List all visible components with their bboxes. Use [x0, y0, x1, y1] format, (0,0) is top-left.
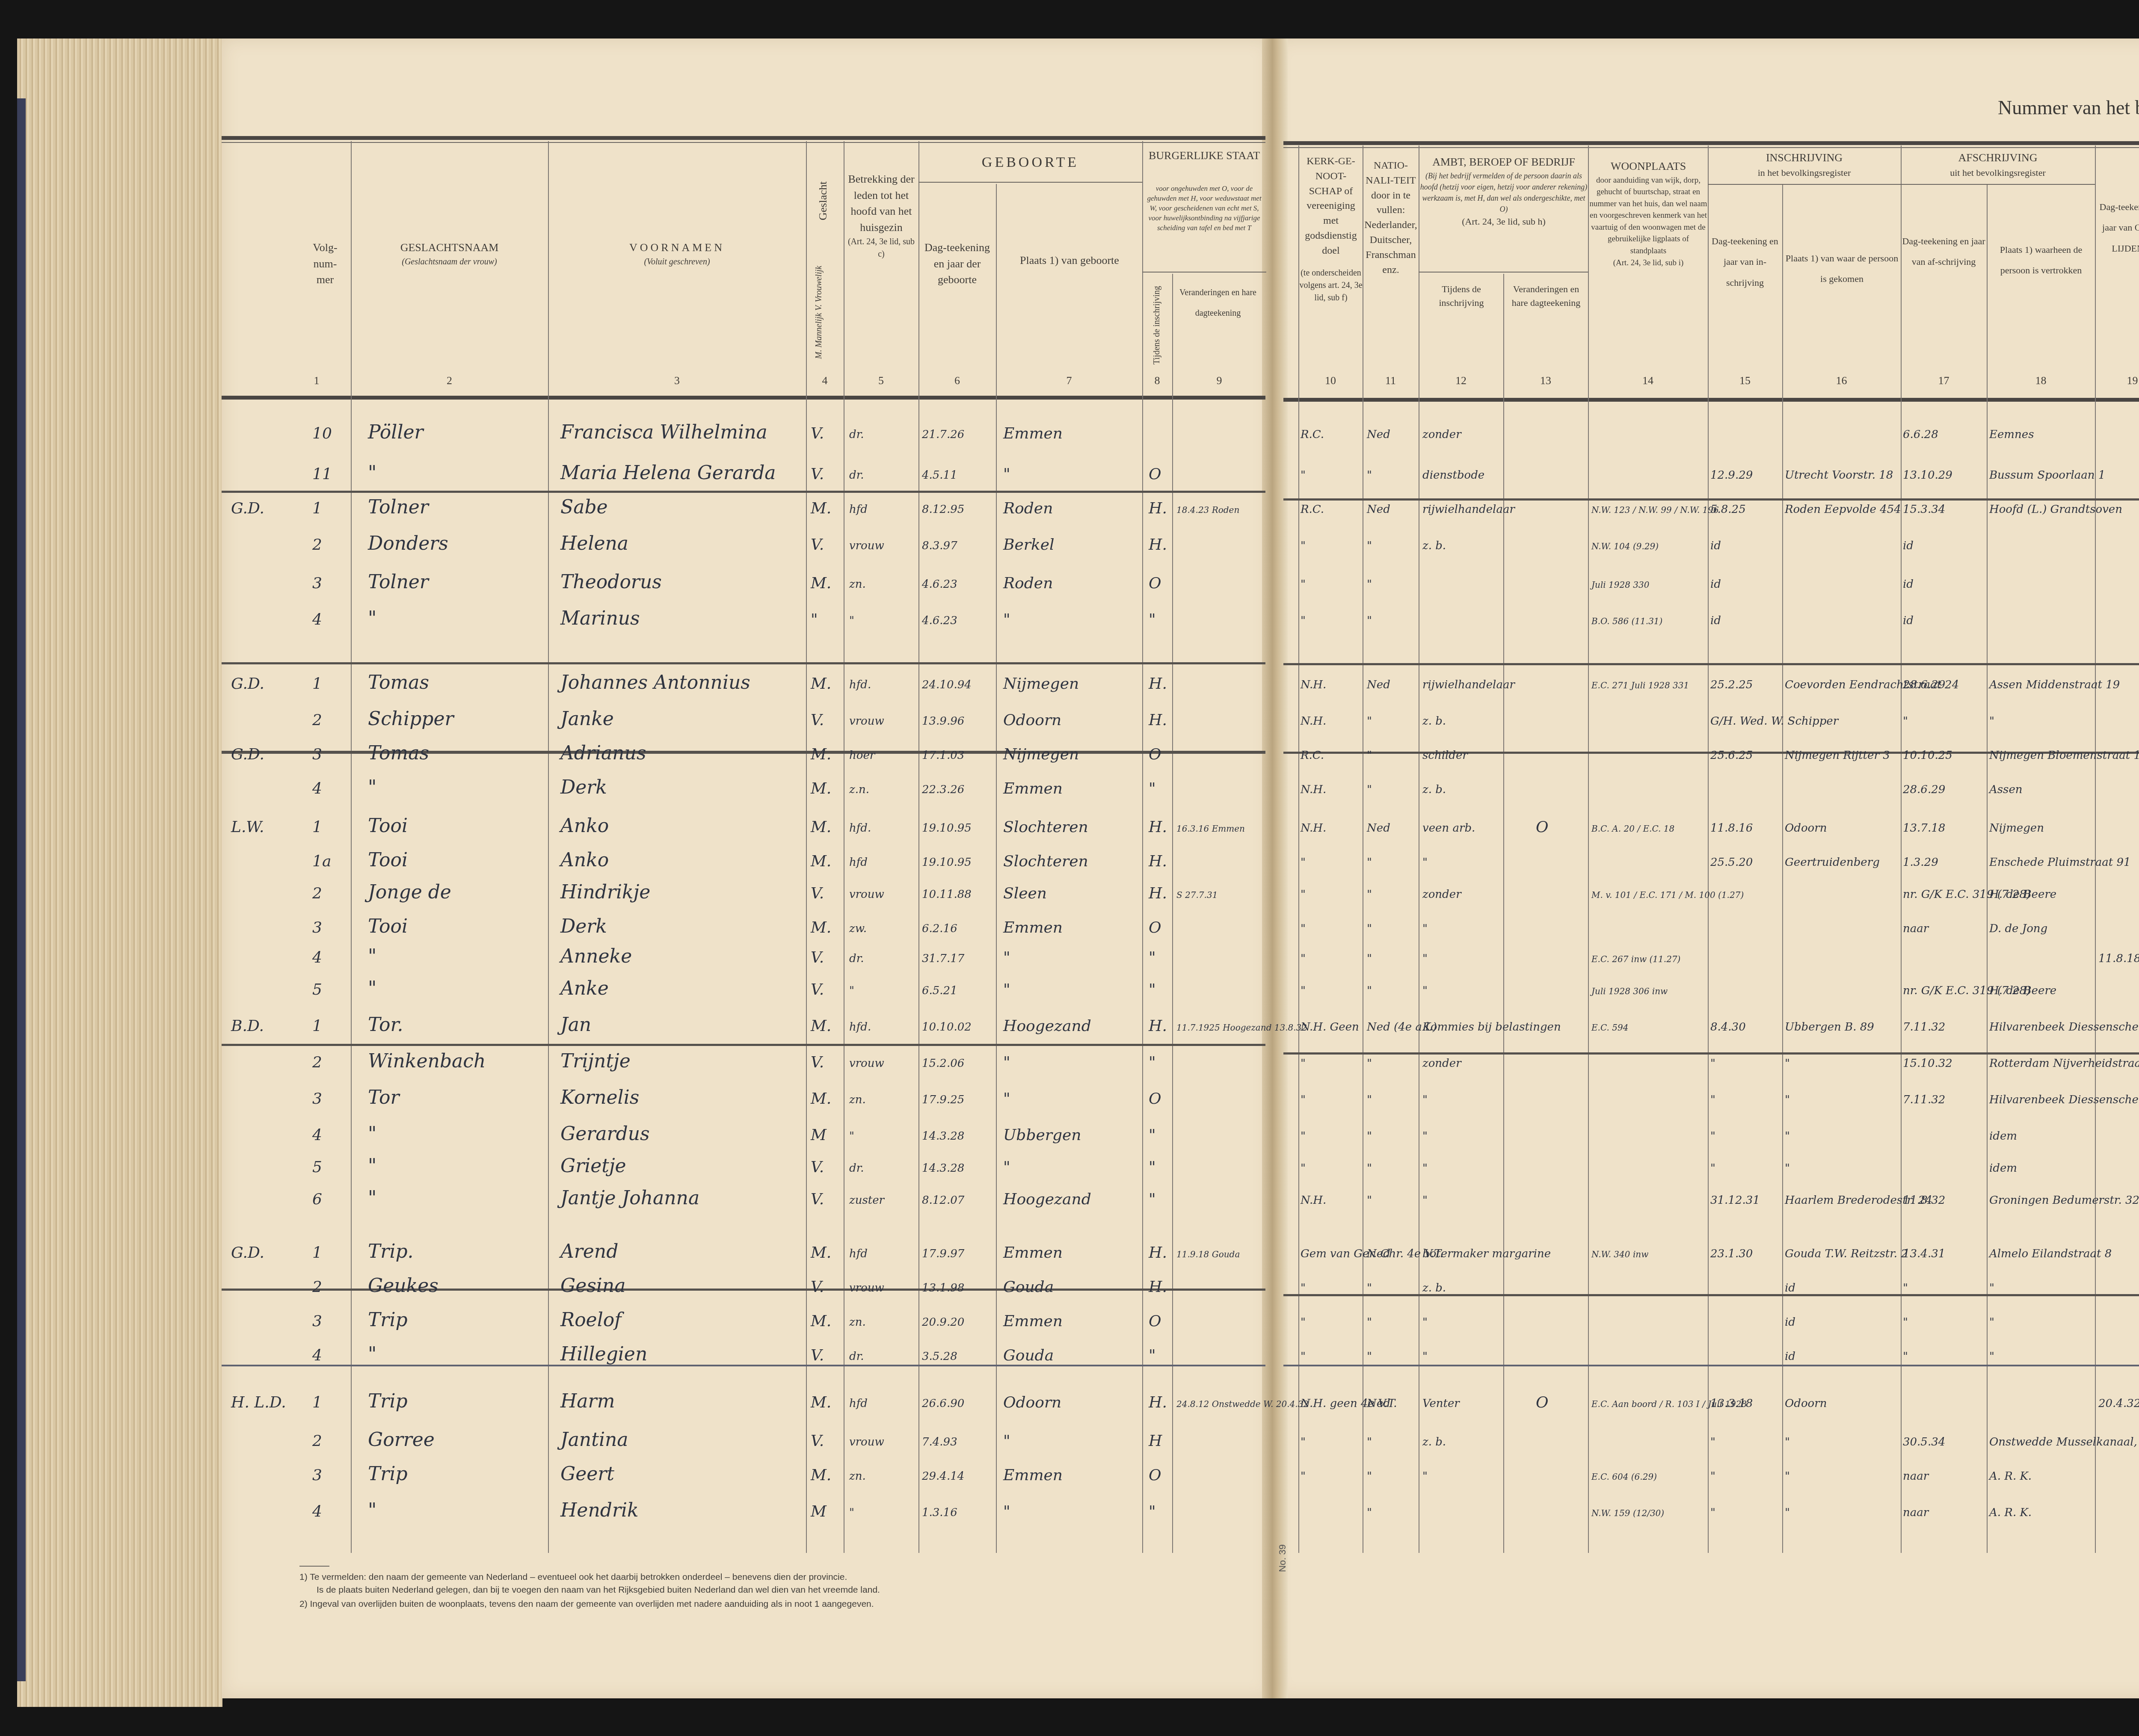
cell-betrekking: vrouw [849, 539, 884, 552]
cell-afsch-datum: 13.4.31 [1903, 1247, 1945, 1260]
cell-insch-plaats: Odoorn [1785, 822, 1827, 835]
cell-geb-plaats: " [1003, 1432, 1010, 1450]
cell-burg: " [1149, 1503, 1156, 1520]
cell-geslacht: M. [811, 500, 831, 517]
cell-burg-ver: 24.8.12 Onstwedde W. 20.4.32 [1176, 1399, 1309, 1409]
cell-burg-ver: 11.9.18 Gouda [1176, 1249, 1240, 1259]
cell-beroep: zonder [1422, 428, 1461, 441]
cell-woonplaats: N.W. 104 (9.29) [1591, 541, 1659, 551]
cell-mark: G.D. [231, 500, 264, 517]
cell-insch-datum: " [1710, 1506, 1715, 1519]
cell-afsch-datum: naar [1903, 1470, 1929, 1483]
cell-afsch-datum: " [1903, 1282, 1908, 1295]
cell-geb-datum: 19.10.95 [922, 822, 972, 835]
cell-geslacht: M. [811, 746, 831, 763]
col-number: 17 [1901, 374, 1987, 387]
col-divider [806, 141, 807, 1553]
cell-achternaam: " [368, 1155, 376, 1177]
col-divider [1708, 145, 1709, 1553]
cell-geb-plaats: Ubbergen [1003, 1126, 1081, 1144]
cell-nat: " [1367, 1436, 1372, 1449]
cell-achternaam: Jonge de [368, 881, 451, 903]
cell-betrekking: vrouw [849, 715, 884, 728]
cell-achternaam: " [368, 1187, 376, 1209]
cell-voornamen: Harm [560, 1390, 615, 1412]
cell-voornamen: Trijntje [560, 1050, 631, 1072]
cell-afsch-plaats: Hilvarenbeek Diessenscheweg A36 [1989, 1093, 2139, 1106]
cell-kerk: " [1301, 1436, 1306, 1449]
cell-voornamen: Derk [560, 776, 607, 798]
cell-betrekking: " [849, 614, 854, 627]
cell-burg: O [1149, 919, 1161, 936]
cell-voornamen: Anko [560, 815, 609, 837]
cell-afsch-datum: naar [1903, 922, 1929, 935]
cell-afsch-plaats: Assen Middenstraat 19 [1989, 678, 2120, 691]
cell-nr: 1 [312, 675, 347, 693]
cell-kerk: " [1301, 469, 1306, 482]
cell-betrekking: hfd [849, 503, 868, 516]
cell-voornamen: Jantje Johanna [560, 1187, 699, 1209]
cell-insch-datum: id [1710, 614, 1721, 627]
cell-afsch-plaats: Rotterdam Nijverheidstraat 90a 1e verd. [1989, 1057, 2139, 1070]
cell-nr: 3 [312, 746, 347, 763]
cell-insch-datum: 31.12.31 [1710, 1194, 1760, 1207]
cell-afsch-plaats: Hilvarenbeek Diessenscheweg A36 [1989, 1021, 2139, 1034]
cell-achternaam: Tooi [368, 849, 408, 871]
cell-geb-datum: 20.9.20 [922, 1316, 964, 1329]
cell-afsch-plaats: A. R. K. [1989, 1506, 2032, 1519]
header-top-rule-right-thin [1283, 147, 2139, 148]
cell-betrekking: hfd. [849, 822, 871, 835]
header-bottom-rule-right [1283, 398, 2139, 402]
cell-betrekking: zw. [849, 922, 867, 935]
cell-geslacht: M [811, 1503, 827, 1520]
cell-insch-plaats: Gouda T.W. Reitzstr. 2 [1785, 1247, 1908, 1260]
cell-betrekking: zn. [849, 578, 866, 591]
col-number: 7 [996, 374, 1142, 387]
cell-nr: 3 [312, 1090, 347, 1108]
cell-afsch-datum: " [1903, 715, 1908, 728]
cell-kerk: R.C. [1301, 749, 1324, 762]
cell-geb-plaats: Gouda [1003, 1347, 1054, 1364]
cell-geb-plaats: " [1003, 465, 1010, 483]
cell-geslacht: " [811, 611, 818, 628]
cell-burg: " [1149, 1158, 1156, 1176]
cell-afsch-datum: 7.11.32 [1903, 1021, 1945, 1034]
cell-mark: B.D. [231, 1017, 264, 1035]
cell-geb-plaats: Slochteren [1003, 853, 1088, 870]
cell-burg: H. [1149, 675, 1167, 693]
cell-nr: 3 [312, 575, 347, 592]
cell-geb-datum: 8.12.07 [922, 1194, 964, 1207]
cell-woonplaats: M. v. 101 / E.C. 171 / M. 100 (1.27) [1591, 890, 1744, 900]
cell-insch-datum: " [1710, 1162, 1715, 1175]
col-divider [1503, 274, 1504, 1553]
cell-betrekking: " [849, 984, 854, 997]
col-divider [1298, 145, 1299, 1553]
cell-geslacht: V. [811, 1347, 824, 1364]
page-stamp: No. 39 [1277, 1544, 1288, 1572]
cell-achternaam: Pöller [368, 421, 424, 443]
cell-woonplaats: Juli 1928 330 [1591, 580, 1649, 590]
household-separator [1283, 663, 2139, 665]
cell-kerk: " [1301, 1316, 1306, 1329]
header-geslachtsnaam: GESLACHTSNAAM (Geslachtsnaam der vrouw) [351, 240, 548, 268]
cell-geb-datum: 24.10.94 [922, 678, 972, 691]
cell-geb-datum: 10.10.02 [922, 1021, 972, 1034]
cell-voornamen: Anneke [560, 945, 632, 967]
cell-kerk: " [1301, 614, 1306, 627]
book-cover-edge [17, 98, 26, 1681]
col-number: 2 [351, 374, 548, 387]
cell-nat: " [1367, 614, 1372, 627]
cell-achternaam: Tomas [368, 672, 429, 693]
cell-geslacht: V. [811, 1158, 824, 1176]
cell-insch-datum: " [1710, 1470, 1715, 1483]
col-divider [1363, 145, 1363, 1553]
cell-kerk: N.H. [1301, 783, 1326, 796]
cell-mark: G.D. [231, 675, 264, 693]
cell-nr: 10 [312, 425, 347, 442]
cell-nr: 4 [312, 1126, 347, 1144]
cell-achternaam: Tor. [368, 1014, 403, 1036]
col-divider [918, 141, 919, 1553]
col-number: 10 [1298, 374, 1363, 387]
cell-achternaam: Tooi [368, 815, 408, 837]
cell-geb-datum: 17.1.03 [922, 749, 964, 762]
cell-achternaam: Trip [368, 1390, 408, 1412]
cell-insch-plaats: " [1785, 1093, 1790, 1106]
cell-burg: O [1149, 1312, 1161, 1330]
cell-voornamen: Anke [560, 978, 609, 999]
cell-nr: 2 [312, 885, 347, 902]
header-woonplaats: WOONPLAATS door aanduiding van wijk, dor… [1589, 158, 1708, 269]
cell-beroep: " [1422, 1093, 1428, 1106]
cell-insch-datum: " [1710, 1130, 1715, 1143]
cell-achternaam: Geukes [368, 1275, 438, 1297]
cell-voornamen: Francisca Wilhelmina [560, 421, 767, 443]
header-burgerlijke-staat: BURGERLIJKE STAAT [1142, 148, 1266, 164]
cell-geb-plaats: Roden [1003, 575, 1053, 592]
cell-geb-datum: 4.6.23 [922, 614, 957, 627]
header-geslacht: Geslacht [815, 163, 831, 240]
cell-afsch-plaats: H. de Beere [1989, 984, 2056, 997]
cell-kerk: R.C. [1301, 428, 1324, 441]
cell-achternaam: " [368, 776, 376, 798]
cell-betrekking: hoer [849, 749, 875, 762]
cell-achternaam: " [368, 1123, 376, 1145]
cell-voornamen: Marinus [560, 607, 640, 629]
cell-geslacht: V. [811, 425, 824, 442]
afsch-subrule [1901, 184, 2095, 185]
cell-voornamen: Hendrik [560, 1499, 639, 1521]
cell-nr: 4 [312, 1503, 347, 1520]
cell-geb-plaats: Hoogezand [1003, 1017, 1091, 1035]
header-betrekking: Betrekking der leden tot het hoofd van h… [845, 171, 918, 261]
cell-geb-plaats: Sleen [1003, 885, 1047, 902]
col-number: 3 [548, 374, 806, 387]
cell-geb-datum: 13.9.96 [922, 715, 964, 728]
cell-beroep-ver: O [1536, 818, 1549, 836]
cell-voornamen: Gerardus [560, 1123, 650, 1145]
cell-geb-plaats: Emmen [1003, 425, 1063, 442]
cell-nat: Ned [1367, 503, 1390, 516]
cell-nat: " [1367, 469, 1372, 482]
cell-nr: 3 [312, 1312, 347, 1330]
cell-afsch-datum: 30.5.34 [1903, 1436, 1945, 1449]
cell-nr: 3 [312, 1466, 347, 1484]
cell-nr: 6 [312, 1191, 347, 1208]
cell-voornamen: Maria Helena Gerarda [560, 462, 776, 484]
cell-geslacht: M. [811, 853, 831, 870]
cell-overl: 11.8.18 [2098, 952, 2139, 965]
cell-achternaam: Schipper [368, 708, 454, 730]
cell-beroep: z. b. [1422, 715, 1446, 728]
cell-beroep: z. b. [1422, 783, 1446, 796]
cell-achternaam: Gorree [368, 1429, 435, 1451]
cell-nat: " [1367, 1316, 1372, 1329]
cell-insch-plaats: id [1785, 1282, 1795, 1295]
cell-insch-plaats: id [1785, 1350, 1795, 1363]
header-inschrijving-datum: Dag-teekening en jaar van in-schrijving [1709, 231, 1781, 293]
book-page-stack-left [17, 39, 222, 1707]
cell-afsch-plaats: Hoofd (L.) Grandtsoven [1989, 503, 2122, 516]
cell-betrekking: hfd. [849, 1021, 871, 1034]
cell-voornamen: Grietje [560, 1155, 626, 1177]
cell-geslacht: M. [811, 1394, 831, 1411]
col-divider [2095, 145, 2096, 1553]
cell-voornamen: Helena [560, 533, 628, 554]
cell-insch-plaats: " [1785, 1436, 1790, 1449]
cell-nat: " [1367, 1057, 1372, 1070]
cell-geb-plaats: Emmen [1003, 1312, 1063, 1330]
cell-burg: H. [1149, 536, 1167, 554]
cell-afsch-datum: 1.3.29 [1903, 856, 1938, 869]
col-divider [1987, 184, 1988, 1553]
cell-insch-datum: 11.8.16 [1710, 822, 1753, 835]
cell-insch-plaats: " [1785, 1470, 1790, 1483]
cell-mark: G.D. [231, 1244, 264, 1262]
cell-insch-datum: 23.1.30 [1710, 1247, 1753, 1260]
cell-betrekking: dr. [849, 1162, 864, 1175]
cell-achternaam: " [368, 1499, 376, 1521]
cell-kerk: " [1301, 1282, 1306, 1295]
cell-afsch-plaats: H. de Beere [1989, 888, 2056, 901]
cell-geb-plaats: Hoogezand [1003, 1191, 1091, 1208]
cell-burg-ver: 16.3.16 Emmen [1176, 824, 1245, 834]
header-afschrijving: AFSCHRIJVING uit het bevolkingsregister [1901, 150, 2095, 180]
cell-geslacht: M. [811, 575, 831, 592]
cell-afsch-datum: 15.10.32 [1903, 1057, 1952, 1070]
cell-beroep: " [1422, 856, 1428, 869]
cell-achternaam: " [368, 462, 376, 484]
col-number: 15 [1708, 374, 1782, 387]
col-number: 16 [1782, 374, 1901, 387]
cell-geslacht: V. [811, 1191, 824, 1208]
cell-afsch-datum: " [1903, 1350, 1908, 1363]
cell-mark: G.D. [231, 746, 264, 763]
insch-subrule [1708, 184, 1901, 185]
cell-betrekking: vrouw [849, 888, 884, 901]
cell-voornamen: Hindrikje [560, 881, 650, 903]
cell-kerk: " [1301, 539, 1306, 552]
cell-geslacht: M. [811, 1017, 831, 1035]
cell-kerk: " [1301, 578, 1306, 591]
cell-nat: " [1367, 1093, 1372, 1106]
cell-geslacht: M. [811, 1090, 831, 1108]
header-burg-tijdens: Tijdens de inschrijving [1151, 282, 1163, 368]
cell-beroep: veen arb. [1422, 822, 1475, 835]
footnote-1b: Is de plaats buiten Nederland gelegen, d… [317, 1585, 880, 1595]
household-separator [1283, 1052, 2139, 1055]
header-volgnummer: Volg-num-mer [299, 240, 351, 288]
cell-geb-plaats: Odoorn [1003, 711, 1061, 729]
cell-nat: " [1367, 984, 1372, 997]
household-separator [1283, 1365, 2139, 1366]
cell-nr: 4 [312, 611, 347, 628]
cell-kerk: N.H. [1301, 678, 1326, 691]
cell-kerk: " [1301, 888, 1306, 901]
cell-insch-plaats: Nijmegen Rijtter 3 [1785, 749, 1890, 762]
cell-insch-plaats: " [1785, 1162, 1790, 1175]
header-nationaliteit: NATIO-NALI-TEIT door in te vullen: Neder… [1363, 158, 1418, 277]
cell-burg-ver: S 27.7.31 [1176, 890, 1218, 900]
cell-nr: 3 [312, 919, 347, 936]
header-burg-veranderingen: Veranderingen en hare dagteekening [1173, 282, 1263, 323]
cell-afsch-datum: 7.11.32 [1903, 1093, 1945, 1106]
col-number: 14 [1588, 374, 1708, 387]
cell-geb-datum: 7.4.93 [922, 1436, 957, 1449]
cell-geb-plaats: " [1003, 1158, 1010, 1176]
cell-geslacht: M. [811, 818, 831, 836]
cell-beroep: " [1422, 1350, 1428, 1363]
cell-betrekking: zn. [849, 1316, 866, 1329]
cell-achternaam: Tooi [368, 915, 408, 937]
cell-geb-plaats: Slochteren [1003, 818, 1088, 836]
ambt-subrule [1419, 272, 1588, 273]
cell-voornamen: Gesina [560, 1275, 625, 1297]
cell-nat: " [1367, 856, 1372, 869]
cell-afsch-datum: id [1903, 578, 1914, 591]
cell-achternaam: Tomas [368, 742, 429, 764]
cell-achternaam: Tolner [368, 571, 429, 593]
cell-beroep: botermaker margarine [1422, 1247, 1551, 1260]
col-number: 9 [1172, 374, 1266, 387]
cell-achternaam: Tor [368, 1087, 399, 1108]
cell-voornamen: Anko [560, 849, 609, 871]
cell-voornamen: Derk [560, 915, 607, 937]
cell-geb-plaats: " [1003, 1503, 1010, 1520]
cell-nr: 4 [312, 780, 347, 797]
cell-insch-plaats: Roden Eepvolde 454 [1785, 503, 1901, 516]
cell-nat: " [1367, 1506, 1372, 1519]
col-number: 13 [1503, 374, 1588, 387]
cell-geslacht: V. [811, 465, 824, 483]
cell-afsch-plaats: D. de Jong [1989, 922, 2047, 935]
cell-achternaam: Winkenbach [368, 1050, 486, 1072]
cell-betrekking: hfd [849, 1247, 868, 1260]
cell-kerk: " [1301, 1162, 1306, 1175]
cell-woonplaats: E.C. 604 (6.29) [1591, 1472, 1657, 1482]
cell-insch-plaats: Geertruidenberg [1785, 856, 1880, 869]
cell-geslacht: M [811, 1126, 827, 1144]
cell-geb-datum: 14.3.28 [922, 1162, 964, 1175]
cell-voornamen: Kornelis [560, 1087, 639, 1108]
col-divider [548, 141, 549, 1553]
cell-nat: " [1367, 783, 1372, 796]
household-separator [1283, 1294, 2139, 1296]
cell-voornamen: Roelof [560, 1309, 622, 1331]
header-geslacht-sub: M. Mannelijk V. Vrouwelijk [813, 261, 825, 364]
cell-beroep: " [1422, 922, 1428, 935]
cell-insch-datum: 25.2.25 [1710, 678, 1753, 691]
cell-geb-plaats: Berkel [1003, 536, 1055, 554]
cell-woonplaats: N.W. 123 / N.W. 99 / N.W. 196 [1591, 505, 1719, 515]
cell-kerk: " [1301, 856, 1306, 869]
cell-geb-datum: 19.10.95 [922, 856, 972, 869]
col-number: 5 [844, 374, 918, 387]
cell-betrekking: dr. [849, 428, 864, 441]
cell-geb-datum: 15.2.06 [922, 1057, 964, 1070]
cell-geslacht: V. [811, 885, 824, 902]
footnote-1a: 1) Te vermelden: den naam der gemeente v… [299, 1572, 847, 1582]
cell-afsch-datum: 15.3.34 [1903, 503, 1945, 516]
cell-burg: H. [1149, 1017, 1167, 1035]
col-divider [1142, 141, 1143, 1553]
cell-mark: H. L.D. [231, 1394, 286, 1411]
cell-insch-datum: G/H. Wed. W. Schipper [1710, 715, 1838, 728]
cell-afsch-datum: 13.7.18 [1903, 822, 1945, 835]
cell-burg: O [1149, 1090, 1161, 1108]
cell-nat: " [1367, 1470, 1372, 1483]
cell-burg: O [1149, 1466, 1161, 1484]
cell-beroep: " [1422, 1130, 1428, 1143]
cell-beroep: Kommies bij belastingen [1422, 1021, 1561, 1034]
cell-voornamen: Jan [560, 1014, 591, 1036]
col-divider [1588, 145, 1589, 1553]
cell-nr: 5 [312, 981, 347, 998]
cell-nr: 2 [312, 711, 347, 729]
cell-nat: " [1367, 952, 1372, 965]
cell-beroep: " [1422, 1194, 1428, 1207]
cell-beroep: " [1422, 1470, 1428, 1483]
cell-burg: H. [1149, 885, 1167, 902]
cell-insch-datum: id [1710, 539, 1721, 552]
household-separator [222, 1044, 1265, 1046]
cell-geb-plaats: Nijmegen [1003, 675, 1079, 693]
cell-geb-datum: 4.6.23 [922, 578, 957, 591]
cell-woonplaats: N.W. 159 (12/30) [1591, 1508, 1664, 1518]
cell-insch-plaats: " [1785, 1506, 1790, 1519]
cell-betrekking: hfd [849, 1397, 868, 1410]
cell-nr: 2 [312, 536, 347, 554]
cell-nat: " [1367, 1350, 1372, 1363]
cell-geb-plaats: Emmen [1003, 1466, 1063, 1484]
cell-insch-datum: 8.4.30 [1710, 1021, 1746, 1034]
cell-woonplaats: E.C. 271 Juli 1928 331 [1591, 680, 1689, 690]
cell-insch-plaats: " [1785, 1130, 1790, 1143]
cell-beroep: " [1422, 1162, 1428, 1175]
cell-geslacht: M. [811, 675, 831, 693]
cell-nr: 1 [312, 1394, 347, 1411]
cell-geslacht: V. [811, 1432, 824, 1450]
col-divider [844, 141, 844, 1553]
cell-geb-plaats: Nijmegen [1003, 746, 1079, 763]
cell-nat: Ned [1367, 1397, 1390, 1410]
col-divider [1419, 145, 1419, 1553]
cell-afsch-datum: 11.8.32 [1903, 1194, 1945, 1207]
cell-beroep: z. b. [1422, 1282, 1446, 1295]
